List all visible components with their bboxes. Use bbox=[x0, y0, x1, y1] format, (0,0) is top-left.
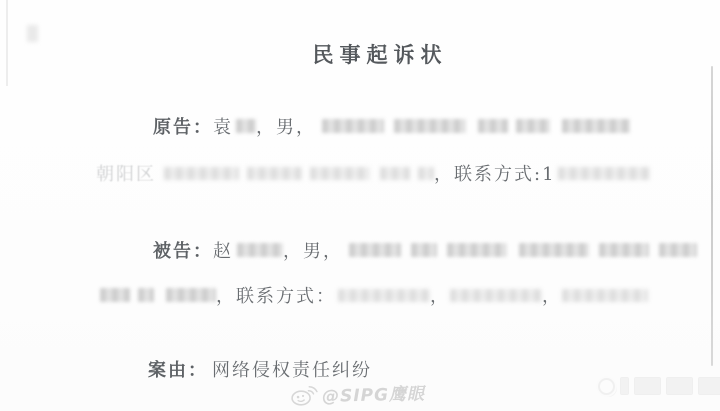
defendant-contact-label: ，联系方式： bbox=[216, 282, 336, 308]
redacted-block bbox=[599, 243, 649, 257]
plaintiff-contact-label: ，联系方式:1 bbox=[434, 160, 556, 186]
redacted-block bbox=[478, 119, 508, 133]
redacted-block bbox=[519, 243, 589, 257]
redacted-block bbox=[338, 289, 430, 302]
plaintiff-line-2: 朝阳区 ，联系方式:1 bbox=[96, 160, 650, 186]
list-separator: ， bbox=[430, 282, 450, 308]
list-separator: ， bbox=[542, 282, 562, 308]
cause-label: 案由： bbox=[148, 356, 208, 382]
cause-value: 网络侵权责任纠纷 bbox=[212, 356, 372, 382]
redacted-block bbox=[322, 119, 384, 133]
cause-line: 案由： 网络侵权责任纠纷 bbox=[148, 356, 372, 382]
redacted-block bbox=[562, 119, 630, 133]
redacted-block bbox=[516, 119, 550, 133]
redacted-block bbox=[447, 243, 507, 257]
page-left-edge-line bbox=[6, 0, 8, 86]
scan-smudge bbox=[27, 25, 38, 42]
redacted-block bbox=[166, 288, 216, 302]
redacted-block bbox=[237, 243, 283, 257]
redacted-block bbox=[310, 167, 370, 180]
redacted-block bbox=[659, 243, 697, 257]
plaintiff-line-1: 原告： 袁 ，男， bbox=[153, 113, 630, 139]
redacted-block bbox=[411, 243, 437, 257]
corner-watermark-glyph bbox=[634, 377, 661, 395]
corner-watermark-glyph bbox=[666, 377, 693, 395]
corner-watermark-glyph bbox=[698, 377, 720, 395]
redacted-block bbox=[164, 167, 239, 180]
plaintiff-label: 原告： bbox=[153, 113, 213, 139]
redacted-block bbox=[138, 288, 154, 302]
defendant-line-2: ，联系方式： ， ， bbox=[100, 282, 648, 308]
corner-watermark bbox=[598, 377, 720, 395]
redacted-block bbox=[380, 167, 410, 180]
redacted-block bbox=[236, 119, 256, 133]
redacted-block bbox=[450, 289, 542, 302]
corner-watermark-glyph bbox=[620, 377, 629, 395]
defendant-label: 被告： bbox=[153, 237, 213, 263]
weibo-handle-text: @SIPG鹰眼 bbox=[322, 379, 426, 407]
plaintiff-gender-text: ，男， bbox=[256, 113, 316, 139]
corner-watermark-logo-icon bbox=[598, 378, 615, 395]
redacted-block bbox=[247, 167, 302, 180]
redacted-block bbox=[349, 243, 401, 257]
redacted-block bbox=[394, 119, 466, 133]
redacted-block bbox=[562, 289, 648, 302]
defendant-name: 赵 bbox=[213, 237, 233, 263]
document-title: 民事起诉状 bbox=[313, 39, 448, 69]
redacted-block bbox=[100, 288, 130, 302]
weibo-watermark: @SIPG鹰眼 bbox=[290, 379, 426, 408]
defendant-gender-text: ，男， bbox=[283, 237, 343, 263]
scanned-document-page: 民事起诉状 原告： 袁 ，男， 朝阳区 ，联系方式:1 被告： 赵 ，男， bbox=[0, 0, 720, 411]
redacted-block bbox=[558, 167, 650, 180]
page-right-edge-line bbox=[711, 66, 713, 366]
weibo-eye-icon bbox=[290, 383, 319, 407]
redacted-block bbox=[418, 167, 434, 180]
plaintiff-name: 袁 bbox=[213, 113, 233, 139]
defendant-line-1: 被告： 赵 ，男， bbox=[153, 237, 697, 263]
plaintiff-address-fragment: 朝阳区 bbox=[96, 160, 156, 186]
